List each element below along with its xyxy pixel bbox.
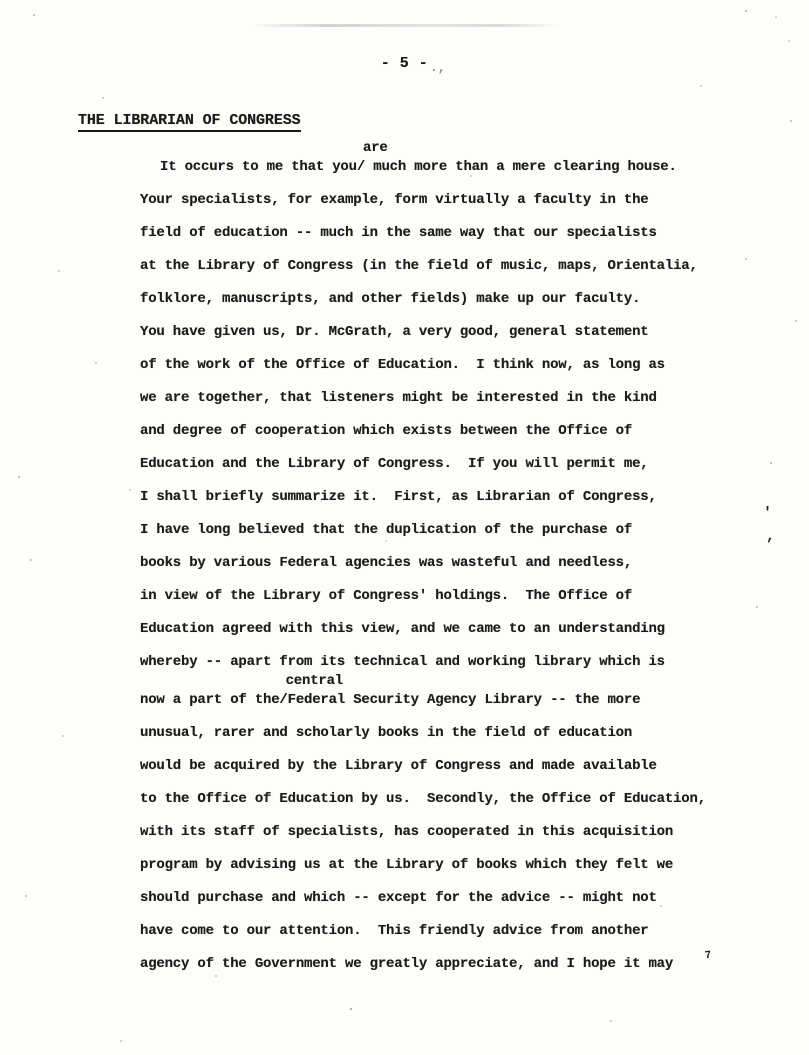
typed-line: Education agreed with this view, and we … [140,613,780,646]
inserted-word: are [363,141,388,155]
scan-smudge [250,24,560,27]
typed-line: of the work of the Office of Education. … [140,349,780,382]
typed-line: Your specialists, for example, form virt… [140,184,780,217]
typed-line: It occurs to me that you/are much more t… [140,151,780,184]
scan-speckles [33,14,35,16]
typed-line: now a part of the/centralFederal Securit… [140,684,780,717]
typed-line: would be acquired by the Library of Cong… [140,750,780,783]
typed-lines: It occurs to me that you/are much more t… [140,146,780,981]
typed-line: have come to our attention. This friendl… [140,915,780,948]
typed-line: agency of the Government we greatly appr… [140,948,780,981]
inserted-word: central [286,674,343,688]
typed-line: with its staff of specialists, has coope… [140,816,780,849]
typed-line: I shall briefly summarize it. First, as … [140,481,780,514]
typed-line: Education and the Library of Congress. I… [140,448,780,481]
typed-line: program by advising us at the Library of… [140,849,780,882]
right-margin-stray-mark-2: , [766,528,775,545]
typed-line: books by various Federal agencies was wa… [140,547,780,580]
section-heading: THE LIBRARIAN OF CONGRESS [78,112,301,132]
typed-line: folklore, manuscripts, and other fields)… [140,283,780,316]
document-page: - 5 - ., THE LIBRARIAN OF CONGRESS It oc… [0,0,809,1055]
typed-line: should purchase and which -- except for … [140,882,780,915]
page-number: - 5 - [0,55,809,72]
page-number-stray-mark: ., [430,60,446,75]
typed-line: field of education -- much in the same w… [140,217,780,250]
typed-line: You have given us, Dr. McGrath, a very g… [140,316,780,349]
typed-line: to the Office of Education by us. Second… [140,783,780,816]
typed-line: whereby -- apart from its technical and … [140,646,780,679]
typed-line: in view of the Library of Congress' hold… [140,580,780,613]
typed-line: I have long believed that the duplicatio… [140,514,780,547]
typed-line: we are together, that listeners might be… [140,382,780,415]
typed-line: and degree of cooperation which exists b… [140,415,780,448]
typed-line: at the Library of Congress (in the field… [140,250,780,283]
right-margin-stray-mark: ' [763,505,772,522]
typed-line: unusual, rarer and scholarly books in th… [140,717,780,750]
